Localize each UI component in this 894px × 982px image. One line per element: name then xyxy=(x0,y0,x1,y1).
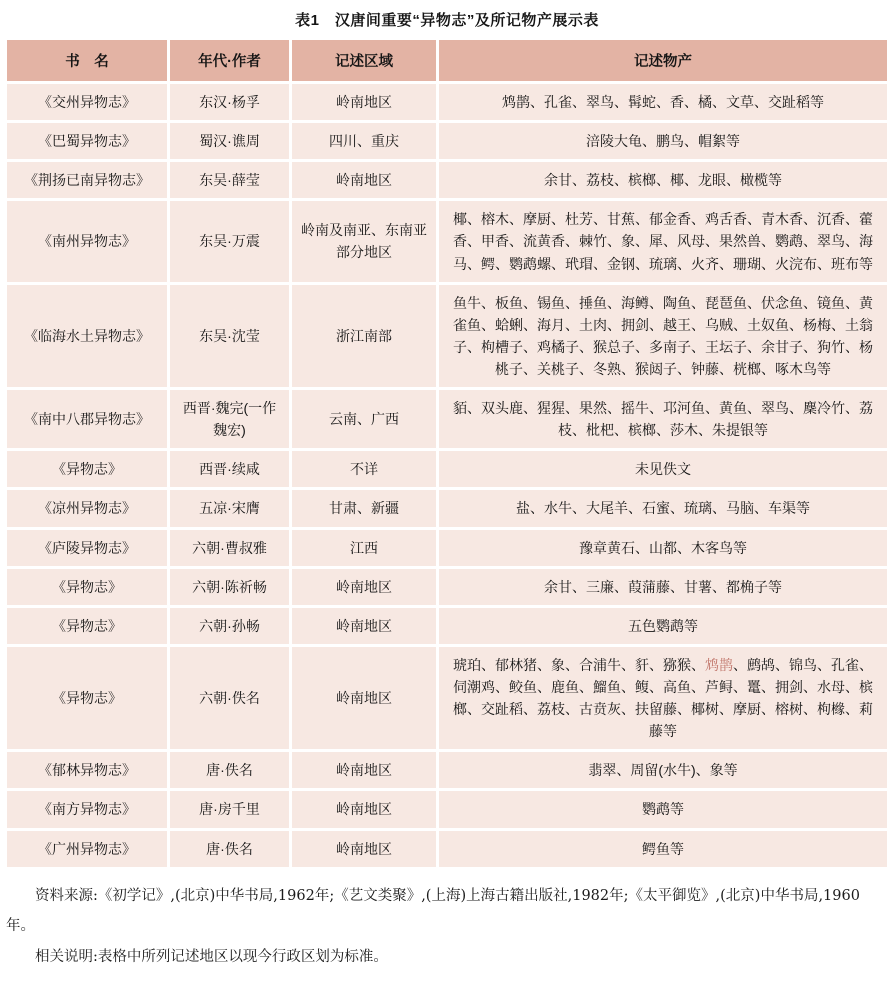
book-name-cell: 《广州异物志》 xyxy=(7,831,167,867)
product-text: 未见佚文 xyxy=(635,461,691,477)
book-name-cell: 《庐陵异物志》 xyxy=(7,530,167,566)
products-cell: 五色鹦鹉等 xyxy=(439,608,887,644)
products-cell: 余甘、荔枝、槟榔、椰、龙眼、橄榄等 xyxy=(439,162,887,198)
table-row: 《巴蜀异物志》蜀汉·谯周四川、重庆涪陵大龟、鹏鸟、帽絮等 xyxy=(7,123,887,159)
book-name-cell: 《巴蜀异物志》 xyxy=(7,123,167,159)
table-row: 《荆扬已南异物志》东吴·薛莹岭南地区余甘、荔枝、槟榔、椰、龙眼、橄榄等 xyxy=(7,162,887,198)
products-cell: 未见佚文 xyxy=(439,451,887,487)
table-row: 《郁林异物志》唐·佚名岭南地区翡翠、周留(水牛)、象等 xyxy=(7,752,887,788)
table-body: 《交州异物志》东汉·杨孚岭南地区鸩鹊、孔雀、翠鸟、髯蛇、香、橘、文草、交趾稻等《… xyxy=(7,84,887,867)
author-cell: 五凉·宋膺 xyxy=(170,490,289,526)
author-cell: 东吴·万震 xyxy=(170,201,289,281)
author-cell: 唐·佚名 xyxy=(170,752,289,788)
remark-note: 相关说明:表格中所列记述地区以现今行政区划为标准。 xyxy=(6,942,888,972)
products-cell: 琥珀、郁林猪、象、合浦牛、豻、猕猴、鸩鹊、鹧鸪、锦鸟、孔雀、伺潮鸡、鲛鱼、鹿鱼、… xyxy=(439,647,887,749)
region-cell: 岭南地区 xyxy=(292,608,436,644)
author-cell: 西晋·续咸 xyxy=(170,451,289,487)
table-row: 《异物志》六朝·陈祈畅岭南地区余甘、三廉、葭蒲藤、甘薯、都桷子等 xyxy=(7,569,887,605)
table-row: 《南方异物志》唐·房千里岭南地区鹦鹉等 xyxy=(7,791,887,827)
footnotes: 资料来源:《初学记》,(北京)中华书局,1962年;《艺文类聚》,(上海)上海古… xyxy=(0,870,894,982)
product-text: 椰、榕木、摩厨、杜芳、甘蕉、郁金香、鸡舌香、青木香、沉香、藿香、甲香、流黄香、棘… xyxy=(453,211,873,271)
region-cell: 甘肃、新疆 xyxy=(292,490,436,526)
source-note: 资料来源:《初学记》,(北京)中华书局,1962年;《艺文类聚》,(上海)上海古… xyxy=(6,881,888,942)
product-text: 余甘、荔枝、槟榔、椰、龙眼、橄榄等 xyxy=(544,172,782,188)
book-name-cell: 《荆扬已南异物志》 xyxy=(7,162,167,198)
author-cell: 东汉·杨孚 xyxy=(170,84,289,120)
book-name-cell: 《南中八郡异物志》 xyxy=(7,390,167,448)
table-row: 《临海水土异物志》东吴·沈莹浙江南部鱼牛、板鱼、锡鱼、捶鱼、海鳟、陶鱼、琵琶鱼、… xyxy=(7,285,887,387)
table-row: 《南中八郡异物志》西晋·魏完(一作魏宏)云南、广西貊、双头鹿、猩猩、果然、摇牛、… xyxy=(7,390,887,448)
table-header: 书 名 年代·作者 记述区域 记述物产 xyxy=(7,40,887,81)
products-cell: 椰、榕木、摩厨、杜芳、甘蕉、郁金香、鸡舌香、青木香、沉香、藿香、甲香、流黄香、棘… xyxy=(439,201,887,281)
region-cell: 岭南地区 xyxy=(292,647,436,749)
product-text: 鸩鹊、孔雀、翠鸟、髯蛇、香、橘、文草、交趾稻等 xyxy=(502,94,824,110)
book-name-cell: 《交州异物志》 xyxy=(7,84,167,120)
products-cell: 余甘、三廉、葭蒲藤、甘薯、都桷子等 xyxy=(439,569,887,605)
table-row: 《异物志》六朝·佚名岭南地区琥珀、郁林猪、象、合浦牛、豻、猕猴、鸩鹊、鹧鸪、锦鸟… xyxy=(7,647,887,749)
author-cell: 六朝·陈祈畅 xyxy=(170,569,289,605)
table-row: 《广州异物志》唐·佚名岭南地区鳄鱼等 xyxy=(7,831,887,867)
book-name-cell: 《异物志》 xyxy=(7,451,167,487)
author-cell: 唐·佚名 xyxy=(170,831,289,867)
product-text: 鱼牛、板鱼、锡鱼、捶鱼、海鳟、陶鱼、琵琶鱼、伏念鱼、镜鱼、黄雀鱼、蛤蜊、海月、土… xyxy=(453,295,873,377)
products-cell: 鹦鹉等 xyxy=(439,791,887,827)
region-cell: 岭南地区 xyxy=(292,569,436,605)
region-cell: 岭南地区 xyxy=(292,752,436,788)
product-text: 琥珀、郁林猪、象、合浦牛、豻、猕猴、 xyxy=(453,657,705,673)
region-cell: 岭南地区 xyxy=(292,84,436,120)
table-row: 《凉州异物志》五凉·宋膺甘肃、新疆盐、水牛、大尾羊、石蜜、琉璃、马脑、车渠等 xyxy=(7,490,887,526)
table-row: 《南州异物志》东吴·万震岭南及南亚、东南亚部分地区椰、榕木、摩厨、杜芳、甘蕉、郁… xyxy=(7,201,887,281)
region-cell: 岭南地区 xyxy=(292,162,436,198)
author-cell: 六朝·佚名 xyxy=(170,647,289,749)
product-text: 余甘、三廉、葭蒲藤、甘薯、都桷子等 xyxy=(544,579,782,595)
book-name-cell: 《南州异物志》 xyxy=(7,201,167,281)
book-name-cell: 《异物志》 xyxy=(7,647,167,749)
region-cell: 云南、广西 xyxy=(292,390,436,448)
region-cell: 不详 xyxy=(292,451,436,487)
author-cell: 东吴·沈莹 xyxy=(170,285,289,387)
column-header-book-name: 书 名 xyxy=(7,40,167,81)
products-cell: 鱼牛、板鱼、锡鱼、捶鱼、海鳟、陶鱼、琵琶鱼、伏念鱼、镜鱼、黄雀鱼、蛤蜊、海月、土… xyxy=(439,285,887,387)
region-cell: 岭南及南亚、东南亚部分地区 xyxy=(292,201,436,281)
product-text: 鳄鱼等 xyxy=(642,841,684,857)
product-text: 鹦鹉等 xyxy=(642,801,684,817)
products-cell: 鸩鹊、孔雀、翠鸟、髯蛇、香、橘、文草、交趾稻等 xyxy=(439,84,887,120)
products-cell: 盐、水牛、大尾羊、石蜜、琉璃、马脑、车渠等 xyxy=(439,490,887,526)
region-cell: 浙江南部 xyxy=(292,285,436,387)
book-name-cell: 《临海水土异物志》 xyxy=(7,285,167,387)
yiwuzhi-table: 书 名 年代·作者 记述区域 记述物产 《交州异物志》东汉·杨孚岭南地区鸩鹊、孔… xyxy=(4,37,890,870)
products-cell: 鳄鱼等 xyxy=(439,831,887,867)
book-name-cell: 《郁林异物志》 xyxy=(7,752,167,788)
author-cell: 六朝·孙畅 xyxy=(170,608,289,644)
table-row: 《交州异物志》东汉·杨孚岭南地区鸩鹊、孔雀、翠鸟、髯蛇、香、橘、文草、交趾稻等 xyxy=(7,84,887,120)
column-header-products: 记述物产 xyxy=(439,40,887,81)
book-name-cell: 《异物志》 xyxy=(7,608,167,644)
table-title: 表1 汉唐间重要“异物志”及所记物产展示表 xyxy=(0,0,894,37)
product-text: 豫章黄石、山都、木客鸟等 xyxy=(579,540,747,556)
document-page: 表1 汉唐间重要“异物志”及所记物产展示表 书 名 年代·作者 记述区域 记述物… xyxy=(0,0,894,982)
table-row: 《异物志》六朝·孙畅岭南地区五色鹦鹉等 xyxy=(7,608,887,644)
author-cell: 蜀汉·谯周 xyxy=(170,123,289,159)
product-text: 五色鹦鹉等 xyxy=(628,618,698,634)
book-name-cell: 《异物志》 xyxy=(7,569,167,605)
region-cell: 岭南地区 xyxy=(292,791,436,827)
author-cell: 六朝·曹叔雅 xyxy=(170,530,289,566)
highlighted-product-text: 鸩鹊 xyxy=(705,657,733,673)
author-cell: 西晋·魏完(一作魏宏) xyxy=(170,390,289,448)
book-name-cell: 《凉州异物志》 xyxy=(7,490,167,526)
product-text: 涪陵大龟、鹏鸟、帽絮等 xyxy=(586,133,740,149)
book-name-cell: 《南方异物志》 xyxy=(7,791,167,827)
region-cell: 岭南地区 xyxy=(292,831,436,867)
product-text: 盐、水牛、大尾羊、石蜜、琉璃、马脑、车渠等 xyxy=(516,500,810,516)
product-text: 翡翠、周留(水牛)、象等 xyxy=(588,762,737,778)
author-cell: 东吴·薛莹 xyxy=(170,162,289,198)
column-header-era-author: 年代·作者 xyxy=(170,40,289,81)
products-cell: 涪陵大龟、鹏鸟、帽絮等 xyxy=(439,123,887,159)
region-cell: 江西 xyxy=(292,530,436,566)
header-row: 书 名 年代·作者 记述区域 记述物产 xyxy=(7,40,887,81)
products-cell: 豫章黄石、山都、木客鸟等 xyxy=(439,530,887,566)
author-cell: 唐·房千里 xyxy=(170,791,289,827)
products-cell: 貊、双头鹿、猩猩、果然、摇牛、邛河鱼、黄鱼、翠鸟、麇冷竹、荔枝、枇杷、槟榔、莎木… xyxy=(439,390,887,448)
table-row: 《庐陵异物志》六朝·曹叔雅江西豫章黄石、山都、木客鸟等 xyxy=(7,530,887,566)
column-header-region: 记述区域 xyxy=(292,40,436,81)
products-cell: 翡翠、周留(水牛)、象等 xyxy=(439,752,887,788)
product-text: 貊、双头鹿、猩猩、果然、摇牛、邛河鱼、黄鱼、翠鸟、麇冷竹、荔枝、枇杷、槟榔、莎木… xyxy=(453,400,873,438)
table-row: 《异物志》西晋·续咸不详未见佚文 xyxy=(7,451,887,487)
region-cell: 四川、重庆 xyxy=(292,123,436,159)
